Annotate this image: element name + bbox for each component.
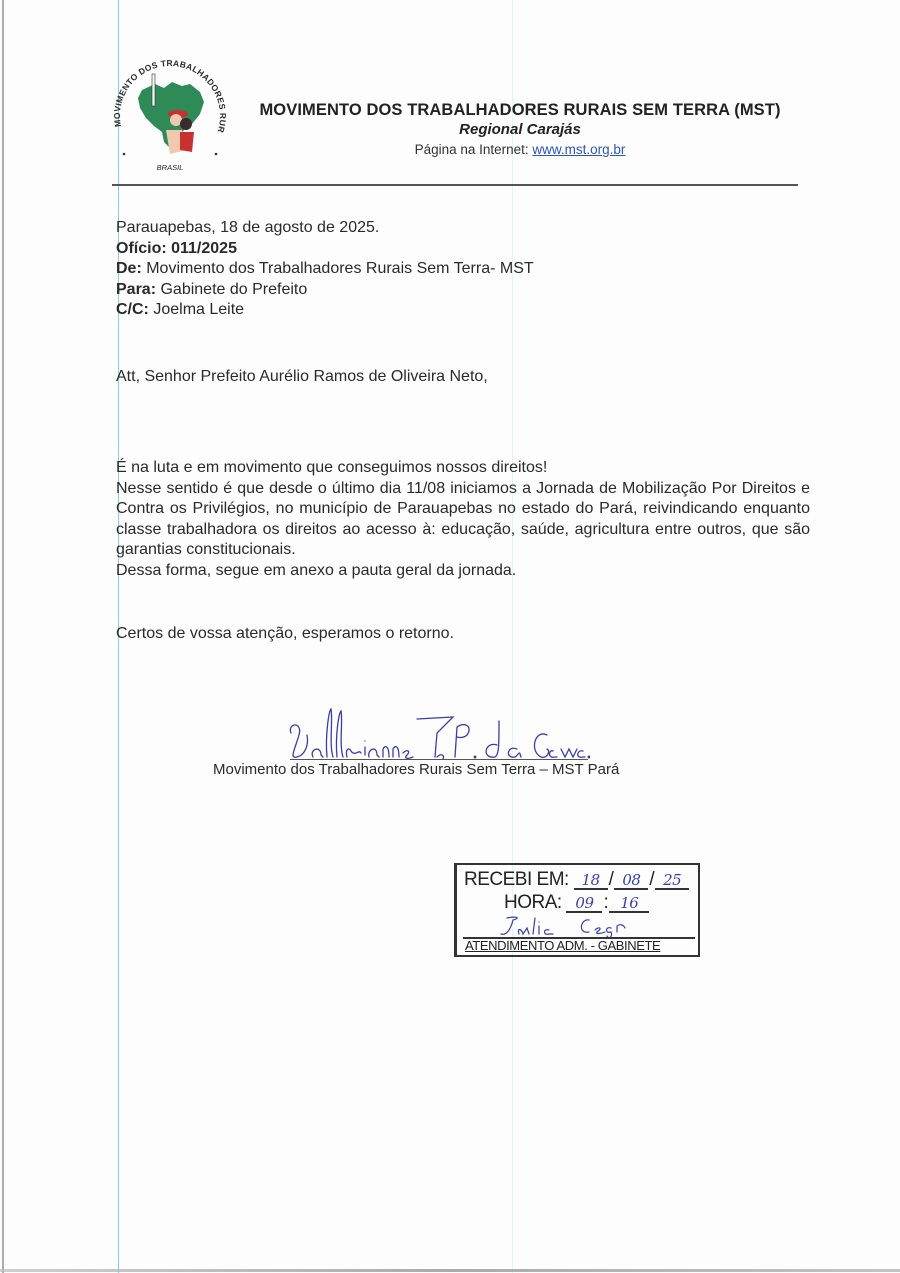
cc-line: C/C: Joelma Leite: [116, 300, 534, 321]
hour-label: HORA:: [504, 892, 562, 913]
received-minute: 16: [609, 895, 649, 913]
receipt-stamp: RECEBI EM: 18/08/25 HORA: 09:16 ATENDIME…: [454, 863, 700, 957]
received-label: RECEBI EM:: [464, 869, 569, 890]
body-paragraph: Dessa forma, segue em anexo a pauta gera…: [116, 561, 810, 582]
stamp-department: ATENDIMENTO ADM. - GABINETE: [465, 938, 660, 953]
received-month: 08: [614, 872, 648, 890]
signature-line: [290, 759, 588, 760]
receiver-signature: [477, 912, 687, 938]
received-year: 25: [655, 872, 689, 890]
regional-subtitle: Regional Carajás: [240, 120, 800, 140]
cc-label: C/C:: [116, 301, 149, 318]
letterhead: MOVIMENTO DOS TRABALHADORES RURAIS SEM T…: [240, 100, 800, 160]
to-line: Para: Gabinete do Prefeito: [116, 280, 534, 301]
oficio-number: Ofício: 011/2025: [116, 240, 237, 257]
website-link[interactable]: www.mst.org.br: [532, 142, 625, 157]
received-hour: 09: [566, 895, 602, 913]
scan-artifact-line: [512, 0, 513, 1273]
from-value: Movimento dos Trabalhadores Rurais Sem T…: [142, 260, 534, 277]
website-label: Página na Internet:: [415, 142, 533, 157]
scan-edge-left: [2, 0, 4, 1273]
header-divider: [112, 184, 798, 186]
scan-edge-bottom: [0, 1269, 900, 1272]
cc-value: Joelma Leite: [149, 301, 244, 318]
received-date-row: RECEBI EM: 18/08/25: [464, 869, 689, 891]
letter-body: É na luta e em movimento que conseguimos…: [116, 458, 810, 581]
website-line: Página na Internet: www.mst.org.br: [240, 140, 800, 160]
body-paragraph: Nesse sentido é que desde o último dia 1…: [116, 479, 810, 561]
from-label: De:: [116, 260, 142, 277]
mst-logo-icon: MOVIMENTO DOS TRABALHADORES RURAIS SEM T…: [100, 38, 240, 178]
closing: Certos de vossa atenção, esperamos o ret…: [116, 624, 454, 645]
place-date: Parauapebas, 18 de agosto de 2025.: [116, 218, 534, 239]
from-line: De: Movimento dos Trabalhadores Rurais S…: [116, 259, 534, 280]
body-paragraph: É na luta e em movimento que conseguimos…: [116, 458, 810, 479]
salutation: Att, Senhor Prefeito Aurélio Ramos de Ol…: [116, 367, 488, 388]
organization-title: MOVIMENTO DOS TRABALHADORES RURAIS SEM T…: [240, 100, 800, 120]
to-label: Para:: [116, 281, 156, 298]
handwritten-signature: [285, 705, 590, 763]
logo-bottom-text: BRASIL: [157, 163, 184, 172]
letter-meta: Parauapebas, 18 de agosto de 2025. Ofíci…: [116, 218, 534, 321]
to-value: Gabinete do Prefeito: [156, 281, 307, 298]
signature-caption: Movimento dos Trabalhadores Rurais Sem T…: [213, 761, 619, 779]
received-day: 18: [574, 872, 608, 890]
received-time-row: HORA: 09:16: [504, 892, 649, 914]
